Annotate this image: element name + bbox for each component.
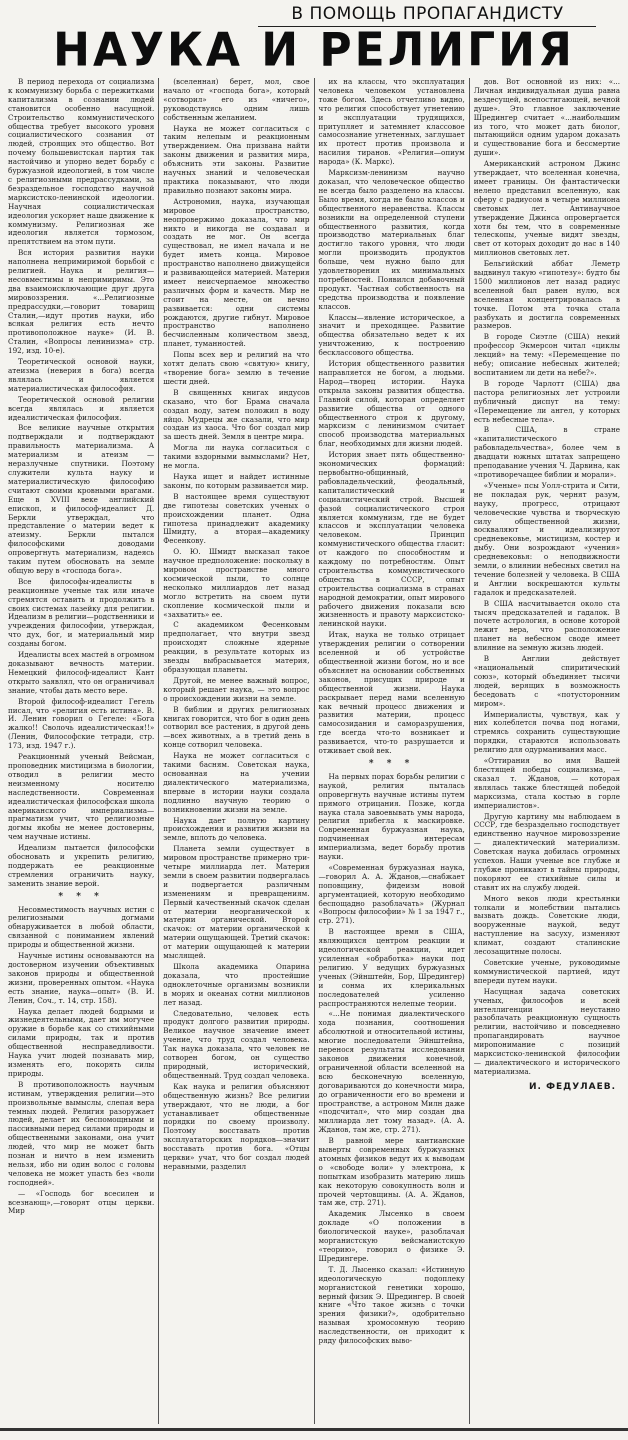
paragraph: Вся история развития науки наполнена неп… — [8, 249, 154, 356]
paragraph: История общественного развития направляе… — [319, 360, 465, 449]
column-1-body-continued: Несовместимость научных истин с религиоз… — [8, 906, 154, 1217]
paragraph: Реакционный ученый Вейсман, проповедник … — [8, 753, 154, 842]
paragraph: Наука ищет и найдет истинные законы, по … — [163, 473, 309, 491]
column-4-body: дов. Вот основной из них: «... Личная ин… — [474, 78, 620, 1077]
paragraph: В библии и других религиозных книгах гов… — [163, 706, 309, 751]
paragraph: В США насчитывается около ста тысяч пред… — [474, 600, 620, 653]
article-columns: В период перехода от социализма к коммун… — [4, 78, 624, 1424]
paragraph: Все великие научные открытия подтверждал… — [8, 424, 154, 575]
column-2: (вселенная) берет, мол, свое начало от «… — [158, 78, 313, 1424]
paragraph: На первых порах борьбы религии с наукой,… — [319, 773, 465, 862]
paragraph: Классы—явление историческое, а значит и … — [319, 314, 465, 359]
column-2-body: (вселенная) берет, мол, свое начало от «… — [163, 78, 309, 1172]
paragraph: Идеалисты всех мастей в огромном доказыв… — [8, 651, 154, 696]
paragraph: В настоящее время существуют две гипотез… — [163, 493, 309, 546]
paragraph: Планета земли существует в мировом прост… — [163, 845, 309, 961]
paragraph: Академик Лысенко в своем докладе «О поло… — [319, 1210, 465, 1263]
paragraph: В противоположность научным истинам, утв… — [8, 1081, 154, 1188]
paragraph: Т. Д. Лысенко сказал: «Истинную идеологи… — [319, 1266, 465, 1346]
paragraph: Наука дает полную картину происхождения … — [163, 817, 309, 844]
paragraph: Другую картину мы наблюдаем в СССР, где … — [474, 813, 620, 893]
paragraph: Империалисты, чувствуя, как у них колебл… — [474, 711, 620, 756]
paragraph: Как наука и религия объясняют общественн… — [163, 1083, 309, 1172]
paragraph: О. Ю. Шмидт высказал такое научное предп… — [163, 548, 309, 619]
paragraph: Попы всех вер и религий на что хотят дел… — [163, 351, 309, 387]
paragraph: Научные истины основываются на достоверн… — [8, 952, 154, 1005]
column-3-body-continued: На первых порах борьбы религии с наукой,… — [319, 773, 465, 1346]
paragraph: В городе Сиэтле (США) некий профессор Эк… — [474, 333, 620, 378]
paragraph: «Современная буржуазная наука,—говорил А… — [319, 864, 465, 926]
paragraph: Наука не может согласиться с таким нелеп… — [163, 125, 309, 196]
paragraph: Все философы-идеалисты в реакционные уче… — [8, 578, 154, 649]
section-separator: * * * — [319, 760, 465, 769]
paragraph: В Англии действует «национальный спирити… — [474, 655, 620, 708]
paragraph: Теоретической основой науки, атеизма (не… — [8, 358, 154, 394]
paragraph: — «Господь бог всесилен и всезнающ»,—гов… — [8, 1190, 154, 1217]
paragraph: Второй философ-идеалист Гегель писал, чт… — [8, 698, 154, 751]
paragraph: Много веков люди крестьянки толкали и мо… — [474, 895, 620, 957]
paragraph: В период перехода от социализма к коммун… — [8, 78, 154, 247]
paragraph: Следовательно, человек есть продукт долг… — [163, 1010, 309, 1081]
paragraph: «Ученые» псы Уолл-стрита и Сити, не покл… — [474, 482, 620, 598]
paragraph: Наука делает людей бодрыми и жизнедеятел… — [8, 1008, 154, 1079]
paragraph: «Оттирания во имя Вашей блестящей победы… — [474, 757, 620, 810]
paragraph: В священных книгах индусов сказано, что … — [163, 389, 309, 442]
paragraph: Марксизм-ленинизм научно доказал, что че… — [319, 169, 465, 312]
paragraph: Астрономия, наука, изучающая мировое про… — [163, 198, 309, 349]
paragraph: их на классы, что эксплуатация человека … — [319, 78, 465, 167]
paragraph: В настоящее время в США, являющихся цент… — [319, 928, 465, 1008]
paragraph: Несовместимость научных истин с религиоз… — [8, 906, 154, 951]
paragraph: Наука не может согласиться с такими басн… — [163, 752, 309, 814]
paragraph: Идеализм пытается философски обосновать … — [8, 844, 154, 889]
column-3-body: их на классы, что эксплуатация человека … — [319, 78, 465, 756]
column-4: дов. Вот основной из них: «... Личная ин… — [469, 78, 624, 1424]
paragraph: История знает пять общественно-экономиче… — [319, 451, 465, 629]
paragraph: Насущная задача советских ученых, филосо… — [474, 988, 620, 1077]
column-3: их на классы, что эксплуатация человека … — [314, 78, 469, 1424]
paragraph: Советские ученые, руководимые коммунисти… — [474, 959, 620, 986]
section-kicker: В ПОМОЩЬ ПРОПАГАНДИСТУ — [255, 4, 600, 24]
paragraph: В США, в стране «капиталистического рабо… — [474, 426, 620, 479]
paragraph: (вселенная) берет, мол, свое начало от «… — [163, 78, 309, 123]
paragraph: В городе Чарлотт (США) два пастора религ… — [474, 380, 620, 425]
paragraph: Другой, не менее важный вопрос, который … — [163, 677, 309, 704]
paragraph: С академиком Фесенковым предполагает, чт… — [163, 621, 309, 674]
paragraph: В равной мере кантианские выверты соврем… — [319, 1137, 465, 1208]
newspaper-page: В ПОМОЩЬ ПРОПАГАНДИСТУ НАУКА И РЕЛИГИЯ В… — [0, 0, 628, 1440]
paragraph: «...Не понимая диалектического хода позн… — [319, 1010, 465, 1135]
paragraph: Могла ли наука согласиться с такими вздо… — [163, 444, 309, 471]
author-signature: И. ФЕДУЛАЕВ. — [474, 1083, 620, 1092]
paragraph: Бельгийский аббат Леметр выдвинул такую … — [474, 260, 620, 331]
column-1: В период перехода от социализма к коммун… — [4, 78, 158, 1424]
article-title: НАУКА И РЕЛИГИЯ — [0, 25, 628, 78]
paragraph: дов. Вот основной из них: «... Личная ин… — [474, 78, 620, 158]
section-separator: * * * — [8, 893, 154, 902]
paragraph: Итак, наука не только отрицает утвержден… — [319, 631, 465, 756]
paragraph: Школа академика Опарина доказала, что пр… — [163, 963, 309, 1008]
paragraph: Теоретической основой религии всегда явл… — [8, 396, 154, 423]
column-1-body: В период перехода от социализма к коммун… — [8, 78, 154, 889]
paragraph: Американский астроном Джинс утверждает, … — [474, 160, 620, 258]
bottom-rule — [0, 1428, 628, 1431]
